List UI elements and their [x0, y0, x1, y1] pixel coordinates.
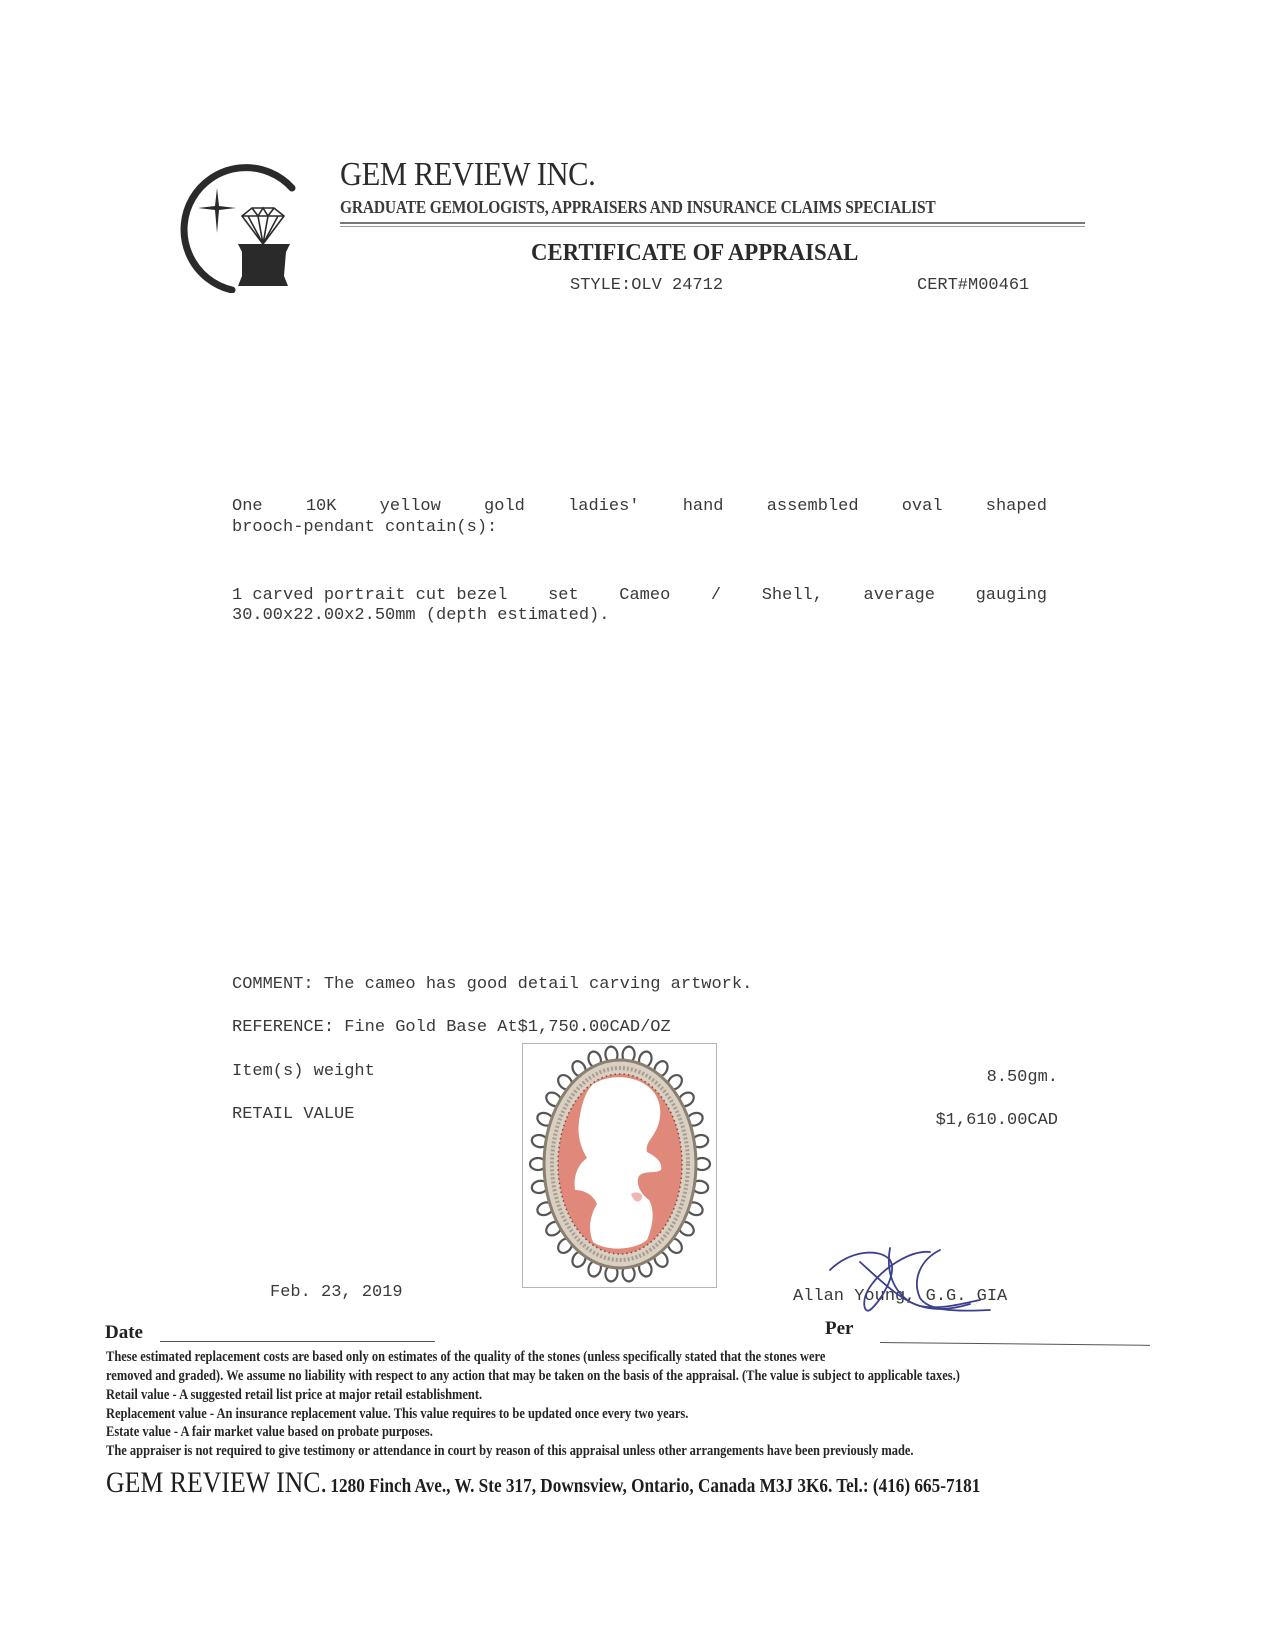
- retail-value-amount: $1,610.00CAD: [936, 1111, 1058, 1130]
- per-signature-line: [880, 1342, 1150, 1346]
- weight-label: Item(s) weight: [232, 1062, 375, 1081]
- stone-description-line1: 1 carved portrait cut bezel set Cameo / …: [232, 586, 1047, 605]
- date-signature-line: [160, 1341, 435, 1342]
- word: assembled: [767, 497, 859, 516]
- style-number: STYLE:OLV 24712: [570, 276, 723, 295]
- disclaimer-line: Replacement value - An insurance replace…: [106, 1406, 688, 1423]
- footer: GEM REVIEW INC.1280 Finch Ave., W. Ste 3…: [106, 1466, 980, 1500]
- word: /: [711, 586, 721, 605]
- disclaimer-line: These estimated replacement costs are ba…: [106, 1349, 825, 1366]
- footer-company-name: GEM REVIEW INC.: [106, 1466, 327, 1499]
- disclaimer-line: Retail value - A suggested retail list p…: [106, 1387, 482, 1404]
- word: ladies': [568, 497, 639, 516]
- item-description-line2: brooch-pendant contain(s):: [232, 518, 1047, 537]
- word: average: [864, 586, 935, 605]
- gem-review-logo-icon: [172, 158, 302, 293]
- disclaimer-line: Estate value - A fair market value based…: [106, 1424, 433, 1441]
- signature-icon: [820, 1240, 1000, 1320]
- word: hand: [683, 497, 724, 516]
- date-label: Date: [105, 1322, 143, 1344]
- per-label: Per: [825, 1318, 853, 1340]
- appraisal-date: Feb. 23, 2019: [270, 1283, 403, 1302]
- word: oval: [902, 497, 943, 516]
- word: gold: [484, 497, 525, 516]
- comment: COMMENT: The cameo has good detail carvi…: [232, 975, 752, 994]
- item-photo: [522, 1043, 717, 1288]
- cameo-brooch-image: [523, 1044, 716, 1287]
- word: 1 carved portrait cut bezel: [232, 586, 507, 605]
- word: 10K: [306, 497, 337, 516]
- stone-description-line2: 30.00x22.00x2.50mm (depth estimated).: [232, 606, 1047, 625]
- item-description-line1: One 10K yellow gold ladies' hand assembl…: [232, 497, 1047, 516]
- word: yellow: [380, 497, 441, 516]
- word: set: [548, 586, 579, 605]
- certificate-number: CERT#M00461: [917, 276, 1029, 295]
- weight-value: 8.50gm.: [987, 1068, 1058, 1087]
- header-divider: [340, 222, 1085, 227]
- company-name: GEM REVIEW INC.: [340, 156, 595, 194]
- document-title: CERTIFICATE OF APPRAISAL: [531, 240, 858, 267]
- disclaimer-line: The appraiser is not required to give te…: [106, 1443, 914, 1460]
- footer-address: 1280 Finch Ave., W. Ste 317, Downsview, …: [330, 1475, 980, 1497]
- word: gauging: [976, 586, 1047, 605]
- word: shaped: [986, 497, 1047, 516]
- word: One: [232, 497, 263, 516]
- reference: REFERENCE: Fine Gold Base At$1,750.00CAD…: [232, 1018, 671, 1037]
- word: Cameo: [619, 586, 670, 605]
- disclaimer-line: removed and graded). We assume no liabil…: [106, 1368, 960, 1385]
- retail-value-label: RETAIL VALUE: [232, 1105, 354, 1124]
- word: Shell,: [762, 586, 823, 605]
- company-tagline: GRADUATE GEMOLOGISTS, APPRAISERS AND INS…: [340, 197, 936, 218]
